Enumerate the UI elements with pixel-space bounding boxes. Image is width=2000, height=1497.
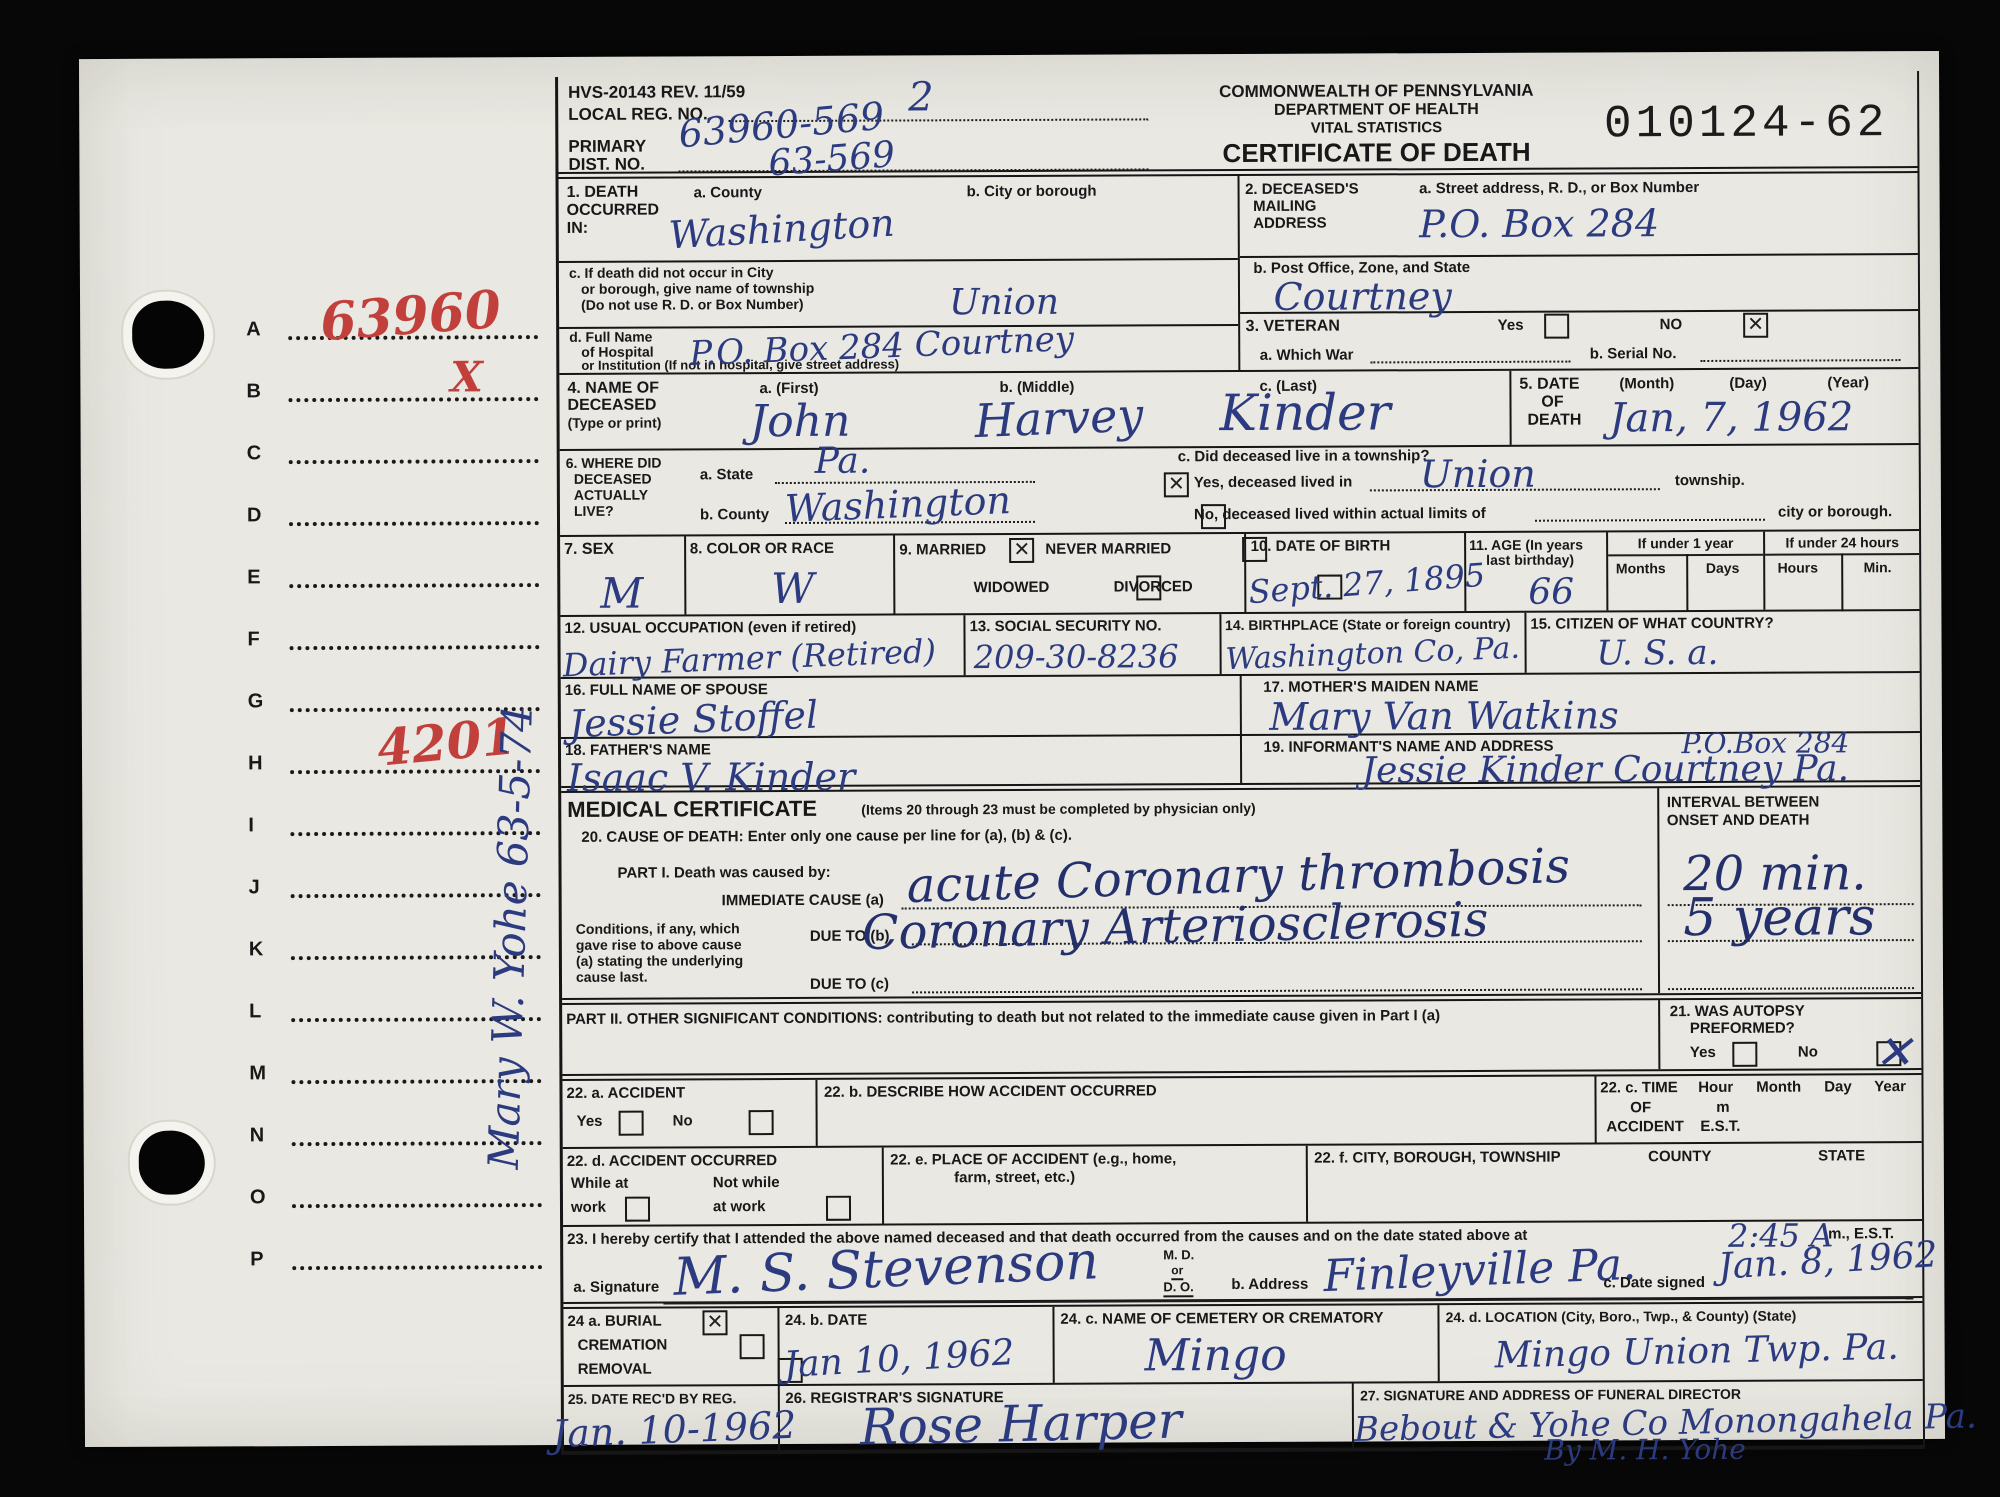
margin-letter: O: [250, 1186, 266, 1209]
s6b-county-value: Washington: [784, 481, 1011, 528]
s4-label-3: (Type or print): [568, 415, 662, 432]
s23-or-label: or: [1171, 1264, 1183, 1280]
s23-signature-label: a. Signature: [573, 1279, 659, 1297]
s7-value: M: [600, 573, 643, 615]
margin-dotted-line: [289, 459, 539, 464]
s6-label-4: LIVE?: [574, 503, 614, 519]
section-22c-time: 22. c. TIME Hour Month Day Year OF m ACC…: [1596, 1075, 1922, 1142]
s8-value: W: [771, 568, 814, 610]
margin-dotted-line: [289, 583, 539, 588]
s6-no-line: [1535, 519, 1765, 522]
s20-cond-3: (a) stating the underlying: [576, 952, 743, 969]
s3-no-label: NO: [1660, 316, 1683, 333]
interval-label-1: INTERVAL BETWEEN: [1667, 793, 1820, 811]
margin-letter: C: [247, 442, 262, 465]
interval-b-value: 5 years: [1683, 891, 1876, 944]
s6-yes-text: Yes, deceased lived in: [1194, 474, 1353, 492]
section-14-birthplace: 14. BIRTHPLACE (State or foreign country…: [1221, 613, 1527, 674]
s21-label-1: 21. WAS AUTOPSY: [1670, 1003, 1805, 1021]
s15-label: 15. CITIZEN OF WHAT COUNTRY?: [1530, 615, 1773, 633]
s16-value: Jessie Stoffel: [568, 696, 819, 744]
s22d-notwhile-checkbox: [826, 1196, 851, 1221]
s1c-township-value: Union: [949, 285, 1059, 321]
margin-letter: K: [249, 938, 264, 961]
s4c-last-value: Kinder: [1219, 387, 1390, 438]
s3-no-checkbox: ✕: [1743, 313, 1768, 338]
s20-cond-1: Conditions, if any, which: [576, 920, 740, 937]
s1-label-3: IN:: [567, 220, 588, 238]
margin-letter: H: [248, 752, 263, 775]
section-22d-occurred: 22. d. ACCIDENT OCCURRED While at work N…: [563, 1148, 885, 1225]
punch-hole-top: [132, 301, 204, 369]
section-4-name: 4. NAME OF DECEASED (Type or print) a. (…: [559, 371, 1511, 449]
margin-letter: N: [250, 1124, 265, 1147]
section-6-residence: 6. WHERE DID DECEASED ACTUALLY LIVE? a. …: [560, 445, 1919, 535]
s1c-label-1: c. If death did not occur in City: [569, 264, 774, 281]
margin-dotted-line: [292, 1265, 542, 1270]
s22c-label-1: 22. c. TIME: [1600, 1079, 1678, 1097]
s22c-day: Day: [1824, 1078, 1852, 1095]
s22f-state-label: STATE: [1818, 1147, 1865, 1164]
s12-value: Dairy Farmer (Retired): [562, 635, 936, 682]
s22a-yes-checkbox: [619, 1111, 644, 1136]
s5-label-2: OF: [1541, 394, 1563, 412]
s1a-county-label: a. County: [694, 184, 762, 202]
s22e-label-1: 22. e. PLACE OF ACCIDENT (e.g., home,: [890, 1150, 1176, 1168]
s1-label-2: OCCURRED: [567, 202, 660, 221]
s11-months-label: Months: [1616, 560, 1666, 576]
s20-cond-2: gave rise to above cause: [576, 936, 742, 953]
section-11-under-1-year: If under 1 year Months Days: [1608, 532, 1766, 611]
section-10-birthdate: 10. DATE OF BIRTH Sept. 27, 1895: [1247, 533, 1467, 612]
s11-label-2: last birthday): [1486, 552, 1574, 568]
s22a-no-checkbox: [749, 1110, 774, 1135]
s6-label-3: ACTUALLY: [574, 487, 648, 503]
s24a-cremation-label: CREMATION: [578, 1337, 668, 1355]
s5-year-label: (Year): [1827, 374, 1869, 391]
section-24c-cemetery: 24. c. NAME OF CEMETERY OR CREMATORY Min…: [1054, 1305, 1439, 1383]
s22a-yes-label: Yes: [577, 1113, 603, 1130]
s9-divorced-label: DIVORCED: [1114, 578, 1193, 596]
margin-dotted-line: [290, 645, 540, 650]
form-header: HVS-20143 REV. 11/59 LOCAL REG. NO. 2 PR…: [558, 71, 1917, 179]
section-21-autopsy: 21. WAS AUTOPSY PREFORMED? Yes No ✕: [1660, 999, 1922, 1069]
margin-dotted-line: [289, 521, 539, 526]
section-23-certification: 23. I hereby certify that I attended the…: [563, 1221, 1922, 1302]
s22e-label-2: farm, street, etc.): [954, 1169, 1075, 1187]
medical-left: MEDICAL CERTIFICATE (Items 20 through 23…: [561, 788, 1659, 998]
s26-value: Rose Harper: [859, 1395, 1182, 1452]
form-number: HVS-20143 REV. 11/59: [568, 82, 745, 102]
section-16-spouse: 16. FULL NAME OF SPOUSE Jessie Stoffel: [561, 676, 1242, 737]
s22d-work-label: work: [571, 1199, 606, 1216]
s6c-township-question: c. Did deceased live in a township?: [1178, 447, 1430, 465]
s22c-est: E.S.T.: [1700, 1118, 1740, 1135]
s9-married-label: 9. MARRIED: [899, 541, 986, 559]
s21-yes-checkbox: [1732, 1042, 1757, 1067]
s22c-label-3: ACCIDENT: [1606, 1118, 1684, 1136]
s23-do-label: D. O.: [1163, 1280, 1193, 1297]
row-sex-race-married-birth-age: 7. SEX M 8. COLOR OR RACE W 9. MARRIED ✕…: [560, 531, 1919, 617]
s22d-label: 22. d. ACCIDENT OCCURRED: [567, 1152, 777, 1170]
s22c-month: Month: [1756, 1079, 1801, 1096]
s2-label-3: ADDRESS: [1253, 215, 1326, 233]
s14-value: Washington Co, Pa.: [1225, 634, 1520, 676]
section-13-ssn: 13. SOCIAL SECURITY NO. 209-30-8236: [966, 614, 1222, 675]
part2-label: PART II. OTHER SIGNIFICANT CONDITIONS: c…: [566, 1006, 1646, 1028]
medical-title: MEDICAL CERTIFICATE: [567, 796, 817, 822]
certificate-stamp-number: 010124-62: [1604, 97, 1889, 150]
s3a-war-label: a. Which War: [1260, 347, 1354, 365]
s3b-serial-label: b. Serial No.: [1590, 345, 1677, 363]
s2-label-2: MAILING: [1253, 198, 1316, 216]
s23-signature-value: M. S. Stevenson: [672, 1235, 1099, 1304]
s2-label-1: 2. DECEASED'S: [1245, 180, 1359, 198]
punch-hole-bottom: [139, 1131, 205, 1195]
s22a-no-label: No: [673, 1112, 693, 1129]
s24c-value: Mingo: [1144, 1334, 1286, 1379]
s3a-war-line: [1370, 361, 1570, 364]
s4-label-1: 4. NAME OF: [567, 380, 659, 399]
s8-label: 8. COLOR OR RACE: [690, 540, 834, 558]
primary-dist-value: 63-569: [767, 137, 896, 182]
s20-cause-c-line: [912, 988, 1642, 993]
s5-label-3: DEATH: [1527, 412, 1581, 431]
s4a-first-value: John: [749, 400, 850, 444]
margin-letter: G: [248, 690, 264, 713]
section-9-marital: 9. MARRIED ✕ NEVER MARRIED WIDOWED DIVOR…: [895, 534, 1247, 614]
row-father-informant: 18. FATHER'S NAME Isaac V. Kinder 19. IN…: [561, 733, 1920, 793]
s20-due-c-label: DUE TO (c): [810, 976, 889, 994]
section-26-registrar: 26. REGISTRAR'S SIGNATURE Rose Harper: [779, 1384, 1354, 1451]
s10-value: Sept. 27, 1895: [1248, 559, 1487, 608]
s27-value-2: By M. H. Yohe: [1544, 1436, 1746, 1465]
section-24a-burial: 24 a. BURIAL ✕ CREMATION REMOVAL: [563, 1308, 779, 1385]
part2-conditions: PART II. OTHER SIGNIFICANT CONDITIONS: c…: [562, 1000, 1660, 1074]
s19-value: Jessie Kinder Courtney Pa.: [1362, 751, 1850, 789]
margin-letter: A: [246, 318, 261, 341]
margin-dotted-line: [292, 1203, 542, 1208]
primary-label: PRIMARY: [568, 137, 646, 157]
s27-label: 27. SIGNATURE AND ADDRESS OF FUNERAL DIR…: [1360, 1386, 1741, 1404]
margin-letter: P: [250, 1248, 263, 1271]
section-22f-city: 22. f. CITY, BOROUGH, TOWNSHIP COUNTY ST…: [1308, 1143, 1922, 1222]
s17-value: Mary Van Watkins: [1269, 696, 1618, 736]
s22a-label: 22. a. ACCIDENT: [566, 1084, 685, 1102]
s23-address-value: Finleyville Pa.: [1323, 1243, 1637, 1299]
row-accident-def: 22. d. ACCIDENT OCCURRED While at work N…: [563, 1143, 1922, 1227]
row-residence: 6. WHERE DID DECEASED ACTUALLY LIVE? a. …: [560, 445, 1919, 537]
margin-letter: D: [247, 504, 262, 527]
section-7-sex: 7. SEX M: [560, 536, 686, 615]
s6a-state-label: a. State: [700, 466, 753, 483]
s4b-middle-value: Harvey: [974, 391, 1144, 444]
section-25-date-received: 25. DATE REC'D BY REG. Jan. 10-1962: [564, 1386, 780, 1451]
margin-dotted-line: [288, 397, 538, 402]
s7-label: 7. SEX: [564, 541, 614, 560]
s23-md-label: M. D.: [1163, 1248, 1194, 1263]
section-19-informant: 19. INFORMANT'S NAME AND ADDRESS P.O.Box…: [1241, 733, 1920, 783]
section-24d-location: 24. d. LOCATION (City, Boro., Twp., & Co…: [1440, 1303, 1923, 1381]
medical-subtitle: (Items 20 through 23 must be completed b…: [861, 800, 1255, 818]
commonwealth-line: COMMONWEALTH OF PENNSYLVANIA: [1157, 80, 1596, 101]
department-line: DEPARTMENT OF HEALTH: [1157, 100, 1596, 120]
section-5-date-of-death: 5. DATE OF DEATH (Month) (Day) (Year) Ja…: [1511, 369, 1918, 445]
s20-label: 20. CAUSE OF DEATH: Enter only one cause…: [581, 827, 1072, 846]
row-name-dateofdeath: 4. NAME OF DECEASED (Type or print) a. (…: [559, 369, 1918, 451]
s1c-label-2: or borough, give name of township: [581, 280, 814, 297]
s22c-hour: Hour: [1698, 1079, 1733, 1096]
s24a-burial-label: 24 a. BURIAL: [567, 1313, 661, 1331]
certificate-form: HVS-20143 REV. 11/59 LOCAL REG. NO. 2 PR…: [555, 71, 1925, 1455]
s6-label-1: 6. WHERE DID: [566, 455, 662, 472]
s6-township-value: Union: [1420, 455, 1536, 494]
s24b-value: Jan 10, 1962: [782, 1335, 1015, 1384]
s1c-label-3: (Do not use R. D. or Box Number): [581, 296, 804, 313]
row-burial: 24 a. BURIAL ✕ CREMATION REMOVAL 24. b. …: [563, 1303, 1922, 1387]
s9-widowed-label: WIDOWED: [974, 579, 1050, 597]
s6a-state-value: Pa.: [815, 444, 871, 480]
s11-under1-label: If under 1 year: [1608, 535, 1764, 552]
s24c-label: 24. c. NAME OF CEMETERY OR CREMATORY: [1060, 1309, 1383, 1328]
s20-immediate-label: IMMEDIATE CAUSE (a): [722, 892, 884, 910]
s24a-cremation-checkbox: [740, 1334, 765, 1359]
s20-cause-b-value: Coronary Arteriosclerosis: [861, 895, 1488, 957]
s22c-m: m: [1716, 1099, 1729, 1116]
s11-min-label: Min.: [1864, 559, 1892, 575]
s1-label: 1. DEATH: [567, 184, 639, 203]
interval-label-2: ONSET AND DEATH: [1667, 812, 1810, 830]
s24a-removal-label: REMOVAL: [578, 1361, 652, 1379]
s2b-postoffice-value: Courtney: [1273, 277, 1451, 316]
s13-label: 13. SOCIAL SECURITY NO.: [970, 617, 1162, 635]
s6-label-2: DECEASED: [574, 471, 652, 487]
section-11-under-24-hours: If under 24 hours Hours Min.: [1765, 531, 1919, 610]
s22c-year: Year: [1874, 1078, 1906, 1095]
s6-no-suffix: city or borough.: [1778, 503, 1892, 521]
s21-label-2: PREFORMED?: [1690, 1020, 1795, 1038]
margin-letter: E: [247, 566, 260, 589]
primary-dist-line: [678, 168, 1148, 172]
s22d-while-checkbox: [625, 1197, 650, 1222]
interval-column: INTERVAL BETWEEN ONSET AND DEATH 20 min.…: [1659, 787, 1921, 993]
certificate-paper: A B C D E F G H I J K L M N O P 63960 X …: [79, 51, 1945, 1447]
s22b-label: 22. b. DESCRIBE HOW ACCIDENT OCCURRED: [824, 1082, 1157, 1101]
s11-days-label: Days: [1706, 560, 1740, 576]
margin-letter: M: [249, 1062, 266, 1085]
s9-married-checkbox: ✕: [1009, 538, 1034, 563]
s23-address-label: b. Address: [1231, 1276, 1308, 1294]
certificate-title: CERTIFICATE OF DEATH: [1157, 138, 1596, 170]
margin-letter: I: [248, 814, 254, 837]
section-2-3-mailing-veteran: 2. DECEASED'S MAILING ADDRESS a. Street …: [1239, 173, 1918, 370]
s9-never-label: NEVER MARRIED: [1045, 540, 1171, 558]
section-1-death-occurred: 1. DEATH OCCURRED IN: a. County Washingt…: [559, 176, 1240, 373]
section-24b-date: 24. b. DATE Jan 10, 1962: [779, 1307, 1055, 1384]
row-accident-abc: 22. a. ACCIDENT Yes No 22. b. DESCRIBE H…: [562, 1075, 1921, 1149]
s24b-label: 24. b. DATE: [785, 1312, 867, 1330]
s5-date-value: Jan, 7, 1962: [1609, 397, 1853, 438]
row-occupation-ssn-birthplace-citizen: 12. USUAL OCCUPATION (even if retired) D…: [560, 611, 1919, 679]
section-12-occupation: 12. USUAL OCCUPATION (even if retired) D…: [560, 615, 965, 677]
s5-label-1: 5. DATE: [1519, 376, 1579, 395]
vital-statistics-line: VITAL STATISTICS: [1157, 118, 1596, 137]
section-22a-accident: 22. a. ACCIDENT Yes No: [562, 1080, 818, 1147]
s1d-label-1: d. Full Name: [569, 329, 652, 345]
s1d-hospital-value: P.O. Box 284 Courtney: [689, 322, 1075, 371]
s6-no-text: No, deceased lived within actual limits …: [1194, 505, 1486, 524]
s22d-while-label: While at: [571, 1175, 629, 1193]
row-death-place-address: 1. DEATH OCCURRED IN: a. County Washingt…: [559, 173, 1919, 375]
s21-no-checkbox: ✕: [1876, 1041, 1901, 1066]
margin-index: A B C D E F G H I J K L M N O P: [79, 51, 1939, 59]
row-medical-certificate: MEDICAL CERTIFICATE (Items 20 through 23…: [561, 787, 1921, 1005]
local-reg-value: 2: [908, 77, 934, 117]
s25-value: Jan. 10-1962: [551, 1406, 797, 1454]
section-22e-place: 22. e. PLACE OF ACCIDENT (e.g., home, fa…: [884, 1146, 1308, 1224]
s13-value: 209-30-8236: [974, 640, 1179, 673]
s22f-label: 22. f. CITY, BOROUGH, TOWNSHIP: [1314, 1149, 1560, 1167]
row-part2-autopsy: PART II. OTHER SIGNIFICANT CONDITIONS: c…: [562, 999, 1921, 1081]
s20-part1-label: PART I. Death was caused by:: [618, 864, 831, 882]
s14-label: 14. BIRTHPLACE (State or foreign country…: [1225, 616, 1511, 633]
s11-value: 66: [1528, 575, 1574, 611]
margin-entry-b: X: [450, 352, 483, 401]
s15-value: U. S. a.: [1596, 636, 1718, 671]
section-18-father: 18. FATHER'S NAME Isaac V. Kinder: [561, 736, 1242, 786]
section-27-funeral-director: 27. SIGNATURE AND ADDRESS OF FUNERAL DIR…: [1354, 1381, 1923, 1447]
s1a-county-value: Washington: [668, 204, 896, 255]
s11-hours-label: Hours: [1778, 559, 1819, 575]
s12-label: 12. USUAL OCCUPATION (even if retired): [564, 619, 856, 638]
margin-letter: L: [249, 1000, 261, 1023]
margin-letter: J: [249, 876, 260, 899]
s2a-street-label: a. Street address, R. D., or Box Number: [1419, 179, 1699, 197]
s24d-label: 24. d. LOCATION (City, Boro., Twp., & Co…: [1446, 1308, 1797, 1326]
s22d-notwhile-label: Not while: [713, 1174, 780, 1192]
s3-yes-checkbox: [1544, 314, 1569, 339]
s6-yes-checkbox: ✕: [1164, 472, 1189, 497]
section-8-race: 8. COLOR OR RACE W: [686, 536, 896, 615]
s10-label: 10. DATE OF BIRTH: [1251, 537, 1391, 555]
interval-c-line: [1668, 987, 1914, 990]
s5-day-label: (Day): [1729, 375, 1767, 392]
s24d-value: Mingo Union Twp. Pa.: [1494, 1330, 1899, 1375]
s6b-county-label: b. County: [700, 506, 769, 524]
section-15-citizen: 15. CITIZEN OF WHAT COUNTRY? U. S. a.: [1526, 611, 1919, 673]
margin-letter: B: [246, 380, 261, 403]
s23-datesigned-label: c. Date signed: [1603, 1274, 1705, 1292]
s24a-burial-checkbox: ✕: [702, 1310, 727, 1335]
primary-dist-label: DIST. NO.: [568, 155, 645, 175]
s3-yes-label: Yes: [1498, 317, 1524, 334]
s2a-street-value: P.O. Box 284: [1419, 204, 1659, 243]
row-registrar: 25. DATE REC'D BY REG. Jan. 10-1962 26. …: [564, 1381, 1923, 1455]
section-11-age: 11. AGE (In years last birthday) 66: [1466, 532, 1608, 611]
s22c-label-2: OF: [1630, 1099, 1651, 1116]
section-22b-describe: 22. b. DESCRIBE HOW ACCIDENT OCCURRED: [818, 1076, 1597, 1145]
s4a-first-label: a. (First): [759, 380, 818, 398]
s20-cond-4: cause last.: [576, 969, 648, 985]
s22d-atwork-label: at work: [713, 1198, 766, 1215]
s4-label-2: DECEASED: [567, 397, 656, 416]
s21-yes-label: Yes: [1690, 1044, 1716, 1061]
s3-veteran-label: 3. VETERAN: [1246, 318, 1340, 337]
margin-letter: F: [247, 628, 259, 651]
row-certification: 23. I hereby certify that I attended the…: [563, 1221, 1922, 1309]
s1b-city-label: b. City or borough: [967, 183, 1097, 201]
s5-month-label: (Month): [1619, 375, 1674, 392]
s22f-county-label: COUNTY: [1648, 1148, 1711, 1166]
section-17-mother: 17. MOTHER'S MAIDEN NAME Mary Van Watkin…: [1241, 673, 1920, 734]
s6-township-suffix: township.: [1675, 472, 1745, 490]
s21-no-label: No: [1798, 1043, 1818, 1060]
s23-datesigned-value: Jan. 8, 1962: [1717, 1237, 1938, 1285]
s11-under24-label: If under 24 hours: [1765, 534, 1919, 551]
s25-label: 25. DATE REC'D BY REG.: [568, 1390, 737, 1407]
s3b-serial-line: [1700, 359, 1900, 362]
